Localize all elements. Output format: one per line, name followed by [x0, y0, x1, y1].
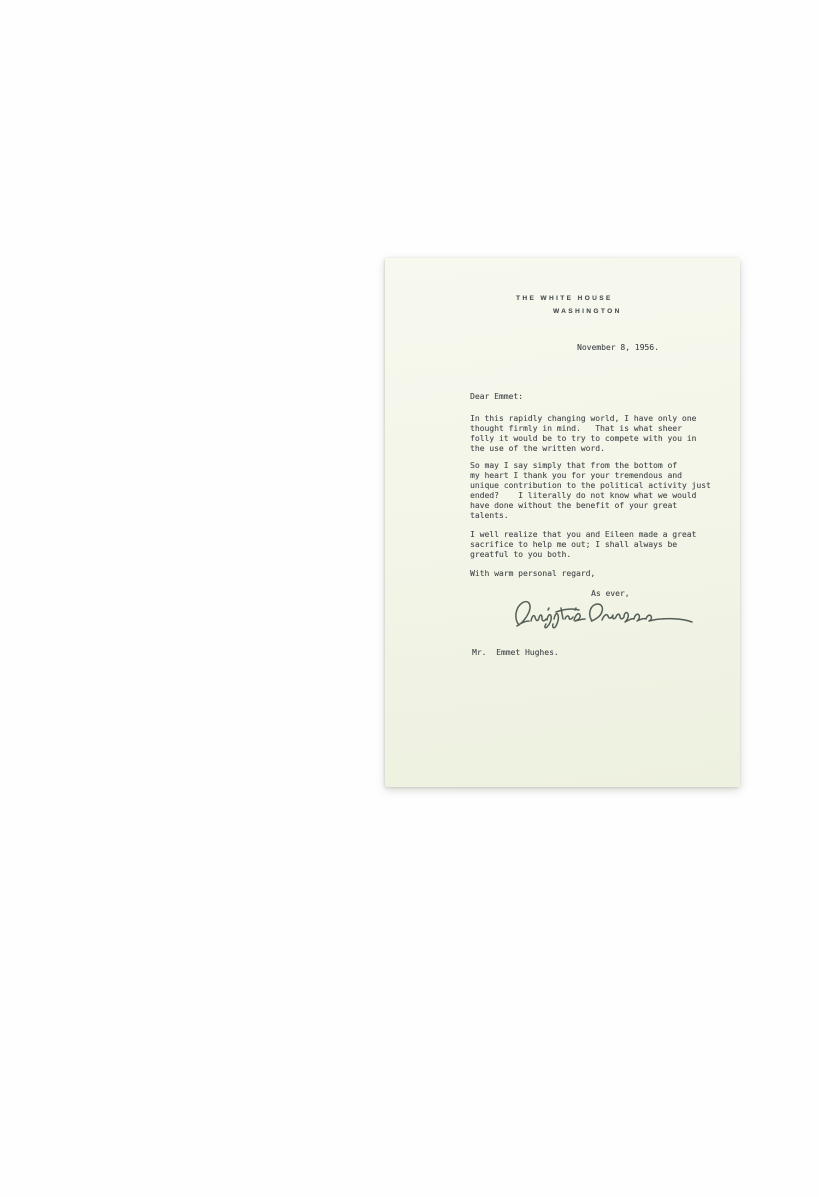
letterhead-line-2: WASHINGTON	[553, 308, 622, 315]
letter-paper	[385, 258, 740, 787]
regard-line: With warm personal regard,	[470, 569, 595, 579]
letterhead-line-1: THE WHITE HOUSE	[516, 295, 613, 302]
body-paragraph-2: So may I say simply that from the bottom…	[470, 461, 711, 521]
signature-handwriting	[512, 598, 697, 634]
body-paragraph-1: In this rapidly changing world, I have o…	[470, 414, 696, 454]
body-paragraph-3: I well realize that you and Eileen made …	[470, 530, 696, 560]
salutation: Dear Emmet:	[470, 392, 523, 402]
signature-ink-strokes	[512, 598, 697, 634]
recipient-line: Mr. Emmet Hughes.	[472, 648, 559, 658]
letter-date: November 8, 1956.	[577, 343, 659, 353]
